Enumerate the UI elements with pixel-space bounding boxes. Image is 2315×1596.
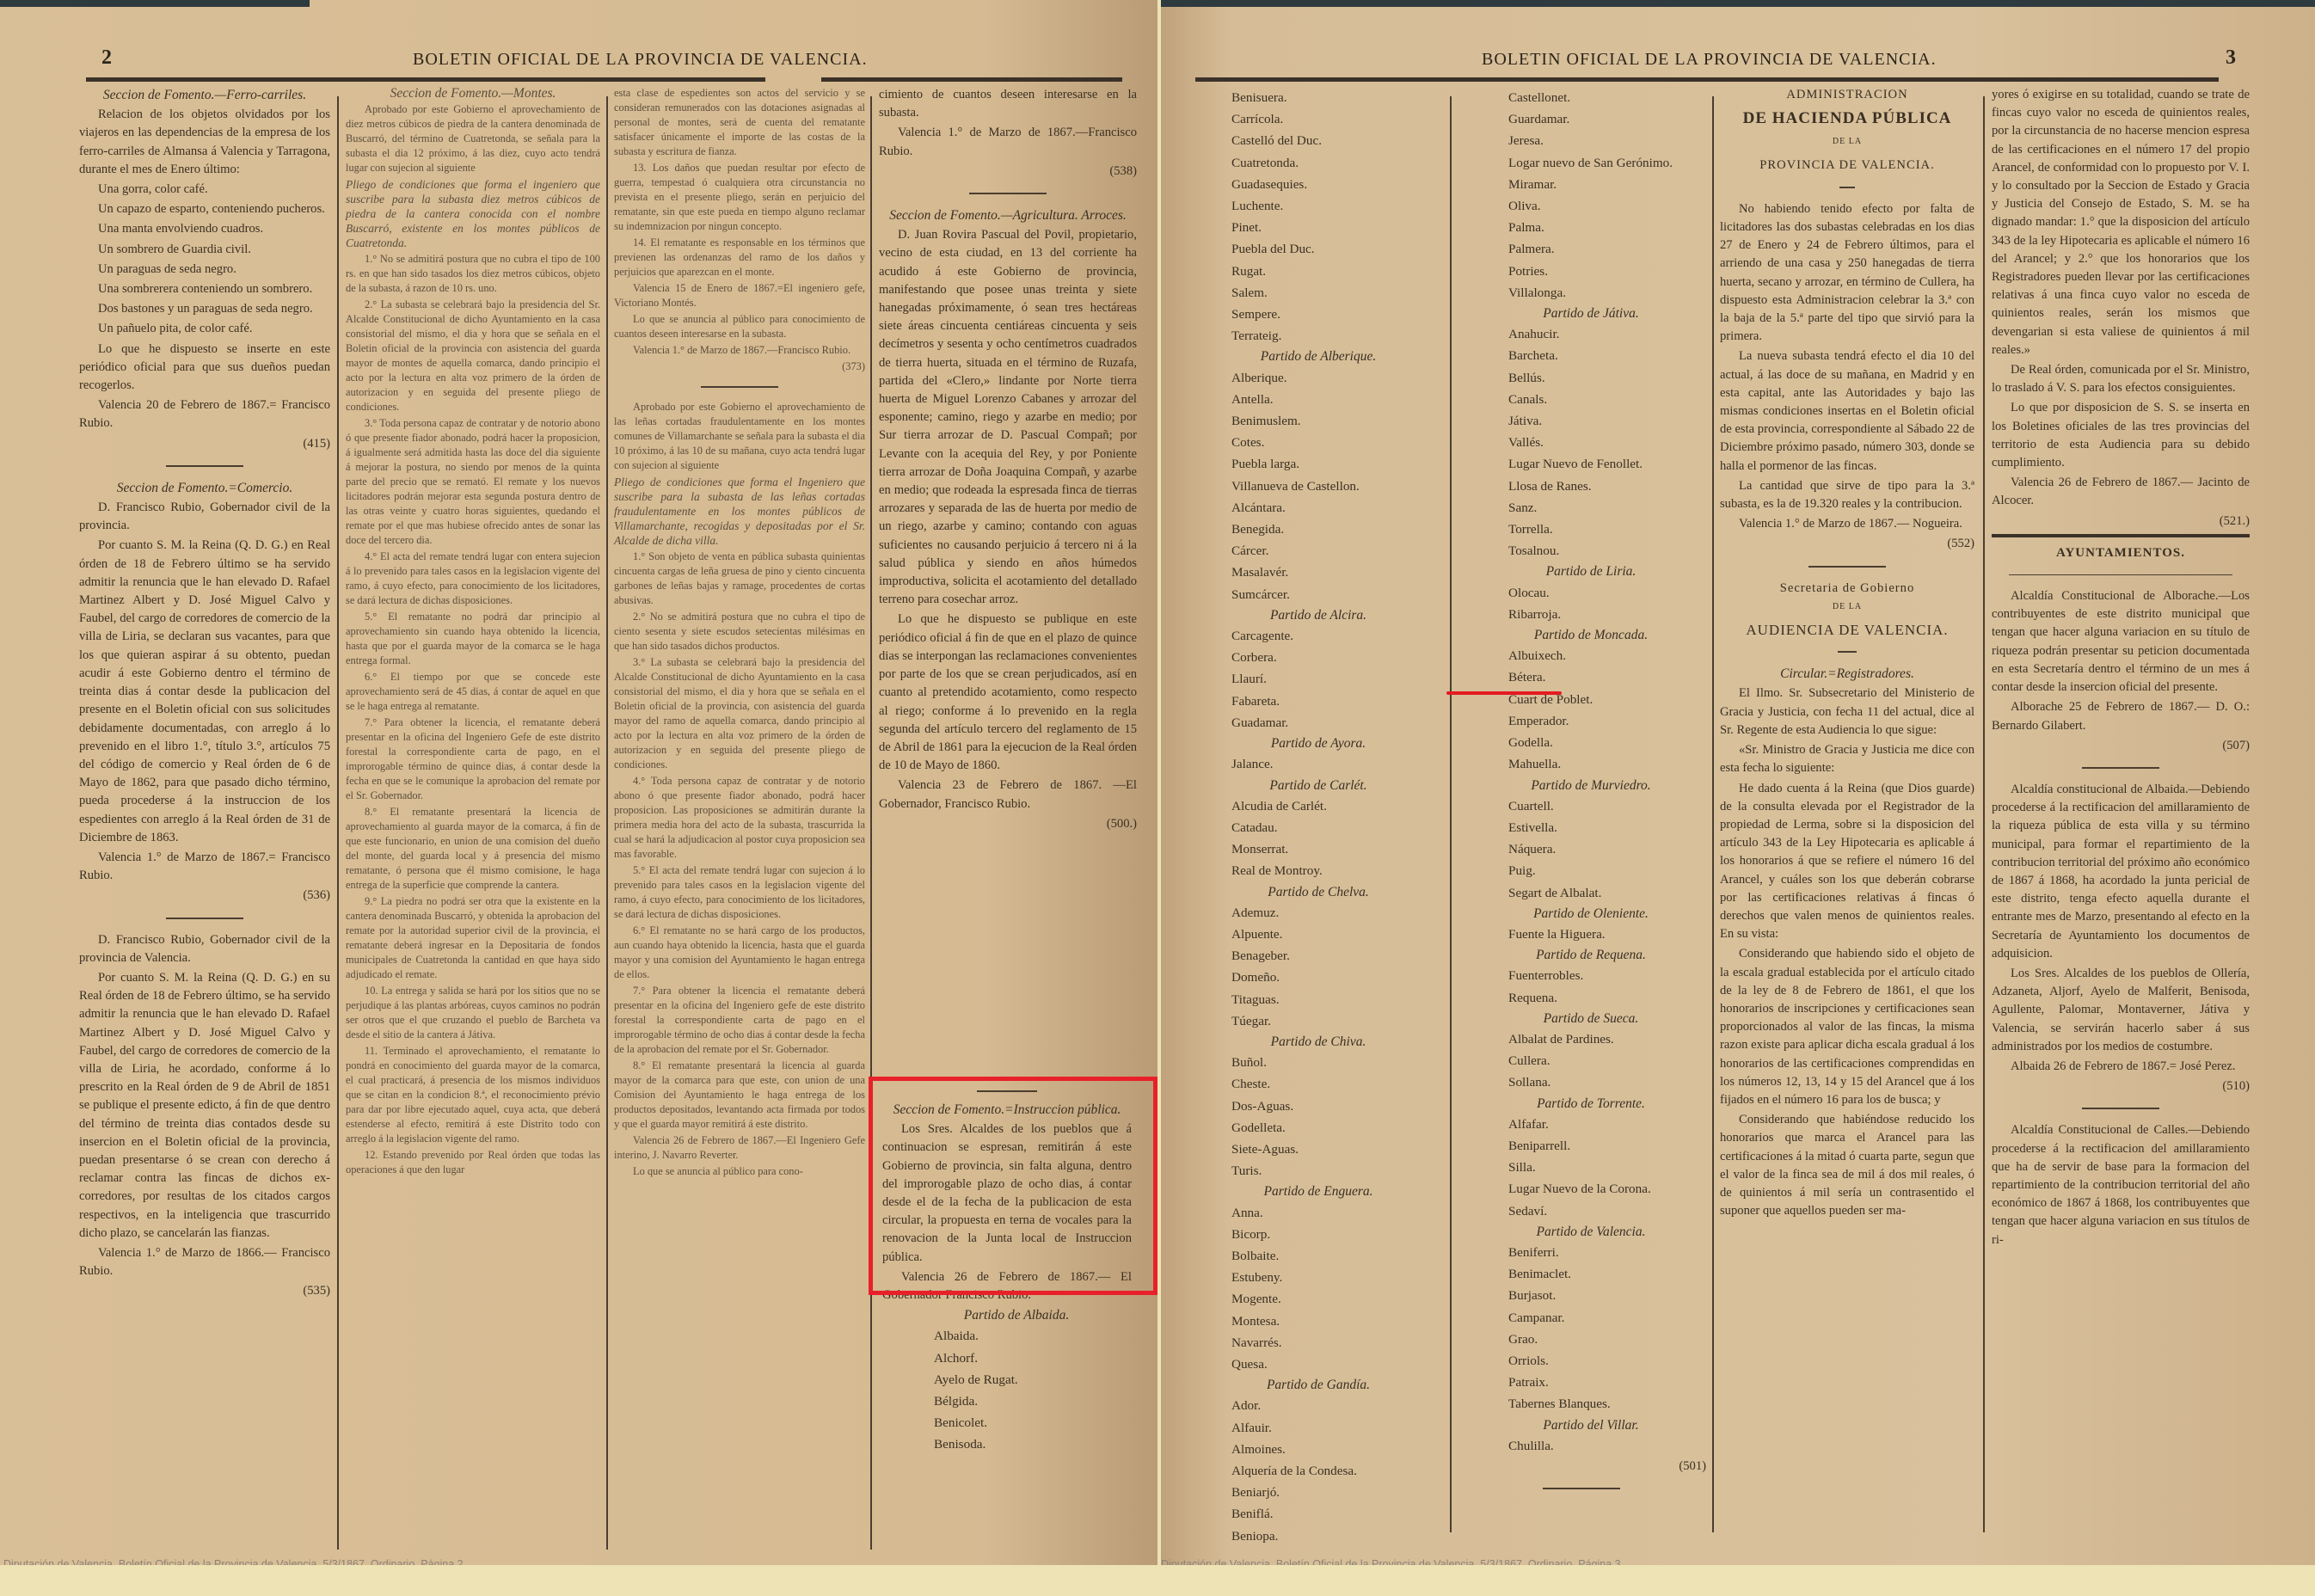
place-item: Fabareta. [1180,691,1438,711]
place-item: Salem. [1180,283,1438,303]
condition: 7.° Para obtener la licencia, el rematan… [346,715,600,803]
place-item: Alfauir. [1180,1418,1438,1438]
condition: 3.° La subasta se celebrará bajo la pres… [614,655,865,772]
section-title: Seccion de Fomento.—Ferro-carriles. [79,86,330,104]
place-item: Requena. [1457,988,1706,1008]
divider [166,918,243,919]
place-item: Masalavér. [1180,562,1438,582]
place-item: Silla. [1457,1157,1706,1177]
place-item: Palmera. [1457,239,1706,259]
paragraph: De Real órden, comunicada por el Sr. Min… [1992,361,2250,397]
column-divider [1712,96,1714,1532]
place-item: Mahuella. [1457,754,1706,774]
place-item: Oliva. [1457,196,1706,216]
place-item: Domeño. [1180,967,1438,987]
condition: 1.° Son objeto de venta en pública subas… [614,549,865,608]
column-1: Seccion de Fomento.—Ferro-carriles. Rela… [79,86,330,1303]
place-item: Bellús. [1457,368,1706,388]
signature: Valencia 20 de Febrero de 1867.= Francis… [79,396,330,433]
place-item: Cheste. [1180,1074,1438,1094]
reference-number: (536) [79,887,330,905]
partido-heading: Partido de Oleniente. [1457,905,1706,923]
partido-heading: Partido de Requena. [1457,946,1706,964]
column-2: Castellonet.Guardamar.Jeresa.Logar nuevo… [1457,88,1706,1501]
place-item: Catadau. [1180,818,1438,838]
place-item: Chulilla. [1457,1436,1706,1456]
section-title: Circular.=Registradores. [1720,665,1974,683]
place-item: Bicorp. [1180,1225,1438,1244]
red-underline-annotation [1446,691,1562,695]
section-header: DE HACIENDA PÚBLICA [1720,109,1974,127]
reference-number: (501) [1457,1458,1706,1476]
condition: 12. Estando prevenido por Real órden que… [346,1148,600,1177]
place-item: Beniferri. [1457,1243,1706,1262]
signature: Valencia 23 de Febrero de 1867. —El Gobe… [879,777,1137,813]
place-item: Terrateig. [1180,326,1438,346]
column-divider [1450,96,1452,1532]
place-item: Potries. [1457,261,1706,281]
partido-heading: Partido del Villar. [1457,1416,1706,1434]
place-item: Sempere. [1180,304,1438,324]
place-item: Estivella. [1457,818,1706,838]
partido-heading: Partido de Carlét. [1180,777,1438,795]
place-item: Villanueva de Castellon. [1180,476,1438,496]
place-item: Bétera. [1457,667,1706,687]
paragraph: Lo que se anuncia al público para cono- [614,1164,865,1179]
column-4: yores ó exigirse en su totalidad, cuando… [1992,86,2250,1251]
place-item: Grao. [1457,1329,1706,1349]
place-item: Lugar Nuevo de la Corona. [1457,1179,1706,1199]
partido-heading: Partido de Albaida. [882,1306,1132,1324]
paragraph: Alcaldía Constitucional de Calles.—Debie… [1992,1121,2250,1249]
place-item: Fuenterrobles. [1457,966,1706,985]
place-item: Cárcer. [1180,541,1438,561]
place-item: Canals. [1457,390,1706,409]
divider [1543,1488,1620,1489]
place-item: Benageber. [1180,946,1438,966]
place-item: Corbera. [1180,648,1438,667]
signature: Valencia 1.° de Marzo de 1866.— Francisc… [79,1244,330,1280]
partido-heading: Partido de Enguera. [1180,1182,1438,1200]
place-item: Villalonga. [1457,283,1706,303]
paragraph: D. Juan Rovira Pascual del Povil, propie… [879,226,1137,609]
column-divider [337,96,339,1550]
place-item: Játiva. [1457,411,1706,431]
place-item: Campanar. [1457,1308,1706,1328]
condition: 14. El rematante es responsable en los t… [614,236,865,279]
place-item: Alquería de la Condesa. [1180,1461,1438,1481]
place-item: Alberique. [1180,368,1438,388]
place-item: Cullera. [1457,1051,1706,1071]
section-header: Secretaria de Gobierno [1720,580,1974,598]
place-item: Jeresa. [1457,131,1706,150]
condition: 4.° Toda persona capaz de contratar y de… [614,774,865,862]
place-item: Llosa de Ranes. [1457,476,1706,496]
paragraph: «Sr. Ministro de Gracia y Justicia me di… [1720,741,1974,777]
place-item: Navarrés. [1180,1333,1438,1353]
place-item: Real de Montroy. [1180,861,1438,881]
section-header: AUDIENCIA DE VALENCIA. [1720,621,1974,639]
signature: Valencia 15 de Enero de 1867.=El ingenie… [614,281,865,310]
signature: Valencia 26 de Febrero de 1867.—El Ingen… [614,1133,865,1163]
place-item: Patraix. [1457,1372,1706,1392]
place-item: Emperador. [1457,711,1706,731]
place-item: Sedaví. [1457,1201,1706,1221]
newspaper-spread: 2 BOLETIN OFICIAL DE LA PROVINCIA DE VAL… [0,0,2315,1565]
place-item: Estubeny. [1180,1268,1438,1287]
page-number: 2 [101,46,112,70]
signature: Valencia 1.° de Marzo de 1867.= Francisc… [79,849,330,885]
partido-heading: Partido de Liria. [1457,562,1706,580]
place-item: Alfafar. [1457,1114,1706,1134]
page-footer: Diputación de Valencia. Boletín Oficial … [3,1558,464,1565]
place-item: Siete-Aguas. [1180,1139,1438,1159]
place-item: Miramar. [1457,175,1706,194]
place-item: Beniflá. [1180,1504,1438,1524]
place-item: Ribarroja. [1457,605,1706,624]
place-item: Pinet. [1180,218,1438,237]
place-item: Tosalnou. [1457,541,1706,561]
condition: 5.° El rematante no podrá dar principio … [346,610,600,668]
paragraph: Por cuanto S. M. la Reina (Q. D. G.) en … [79,537,330,846]
condition: 7.° Para obtener la licencia el rematant… [614,984,865,1057]
condition: 10. La entrega y salida se hará por los … [346,984,600,1042]
header-rule [821,77,1122,82]
place-item: Llaurí. [1180,669,1438,689]
list-item: Un sombrero de Guardia civil. [79,241,330,259]
condition: 5.° El acta del remate tendrá lugar con … [614,863,865,922]
paragraph: La nueva subasta tendrá efecto el dia 10… [1720,347,1974,475]
paragraph: Considerando que habiéndose reducido los… [1720,1111,1974,1220]
place-item: Titaguas. [1180,990,1438,1010]
place-item: Alchorf. [882,1348,1132,1368]
place-item: Guadasequies. [1180,175,1438,194]
place-list: Castellonet.Guardamar.Jeresa.Logar nuevo… [1457,88,1706,1456]
place-item: Albuixech. [1457,646,1706,666]
pliego-heading: Pliego de condiciones que forma el Ingen… [614,475,865,548]
place-item: Benegida. [1180,519,1438,539]
section-header: DE LA [1720,132,1974,150]
place-item: Beniopa. [1180,1526,1438,1546]
signature: Valencia 1.° de Marzo de 1867.—Francisco… [614,343,865,358]
place-item: Tabernes Blanques. [1457,1394,1706,1414]
place-item: Segart de Albalat. [1457,883,1706,903]
place-item: Beniparrell. [1457,1136,1706,1156]
place-item: Castellonet. [1457,88,1706,107]
paragraph: Lo que he dispuesto se inserte en este p… [79,341,330,396]
partido-heading: Partido de Sueca. [1457,1010,1706,1028]
section-rule [1992,534,2250,537]
place-item: Carcagente. [1180,626,1438,646]
scan-edge [1161,0,2315,7]
place-item: Olocau. [1457,583,1706,603]
divider [969,193,1047,194]
place-item: Turis. [1180,1161,1438,1181]
signature: Valencia 26 de Febrero de 1867.— Jacinto… [1992,474,2250,510]
reference-number: (535) [79,1282,330,1300]
partido-heading: Partido de Chiva. [1180,1033,1438,1051]
divider [2082,767,2159,769]
place-item: Quesa. [1180,1354,1438,1374]
viewer-background [0,1565,2315,1596]
place-item: Alcudia de Carlét. [1180,796,1438,816]
place-item: Bélgida. [882,1391,1132,1411]
place-item: Godelleta. [1180,1118,1438,1138]
place-item: Antella. [1180,390,1438,409]
pliego-heading: Pliego de condiciones que forma el ingen… [346,177,600,250]
reference-number: (415) [79,435,330,453]
paragraph: Los Sres. Alcaldes de los pueblos de Oll… [1992,965,2250,1056]
divider [1838,651,1857,653]
column-4: cimiento de cuantos deseen interesarse e… [879,86,1137,835]
place-item: Beniarjó. [1180,1482,1438,1502]
place-item: Anahucir. [1457,324,1706,344]
column-2: Seccion de Fomento.—Montes. Aprobado por… [346,86,600,1179]
paragraph: No habiendo tenido efecto por falta de l… [1720,200,1974,347]
place-item: Buñol. [1180,1053,1438,1072]
place-item: Palma. [1457,218,1706,237]
running-head: BOLETIN OFICIAL DE LA PROVINCIA DE VALEN… [413,50,868,70]
condition: 13. Los daños que puedan resultar por ef… [614,161,865,234]
header-rule [1195,77,2219,82]
place-item: Puebla del Duc. [1180,239,1438,259]
column-divider [606,96,608,1550]
column-divider [870,96,872,1550]
place-item: Luchente. [1180,196,1438,216]
signature: Valencia 1.° de Marzo de 1867.— Nogueira… [1720,515,1974,533]
condition: 4.° El acta del remate tendrá lugar con … [346,549,600,608]
partido-heading: Partido de Moncada. [1457,626,1706,644]
page-3: BOLETIN OFICIAL DE LA PROVINCIA DE VALEN… [1161,0,2315,1565]
paragraph: D. Francisco Rubio, Gobernador civil de … [79,931,330,967]
place-item: Almoines. [1180,1439,1438,1459]
paragraph: Aprobado por este Gobierno el aprovecham… [614,400,865,473]
partido-heading: Partido de Valencia. [1457,1223,1706,1241]
header-rule [86,77,765,82]
signature: Alborache 25 de Febrero de 1867.— D. O.:… [1992,698,2250,734]
paragraph: yores ó exigirse en su totalidad, cuando… [1992,86,2250,359]
place-item: Vallés. [1457,433,1706,452]
red-highlight-box [869,1077,1157,1295]
condition: 3.° Toda persona capaz de contratar y de… [346,416,600,548]
partido-heading: Partido de Torrente. [1457,1095,1706,1113]
place-item: Ayelo de Rugat. [882,1370,1132,1390]
paragraph: cimiento de cuantos deseen interesarse e… [879,86,1137,122]
paragraph: D. Francisco Rubio, Gobernador civil de … [79,499,330,535]
signature: Albaida 26 de Febrero de 1867.= José Per… [1992,1058,2250,1076]
list-item: Una manta envolviendo cuadros. [79,220,330,238]
reference-number: (552) [1720,535,1974,553]
condition: 6.° El tiempo por que se concede este ap… [346,670,600,714]
partido-heading: Partido de Murviedro. [1457,777,1706,795]
place-item: Anna. [1180,1203,1438,1223]
place-item: Orriols. [1457,1351,1706,1371]
reference-number: (373) [614,359,865,374]
divider [1839,187,1855,188]
place-item: Torrella. [1457,519,1706,539]
place-item: Alpuente. [1180,924,1438,944]
place-item: Benimaclet. [1457,1264,1706,1284]
page-2: 2 BOLETIN OFICIAL DE LA PROVINCIA DE VAL… [0,0,1157,1565]
place-item: Barcheta. [1457,346,1706,365]
condition: 2.° No se admitirá postura que no cubra … [614,610,865,654]
place-item: Mogente. [1180,1289,1438,1309]
section-header: ADMINISTRACION [1720,86,1974,104]
running-head: BOLETIN OFICIAL DE LA PROVINCIA DE VALEN… [1482,50,1937,70]
list-item: Una sombrerera conteniendo un sombrero. [79,280,330,298]
reference-number: (500.) [879,815,1137,833]
list-item: Un paraguas de seda negro. [79,261,330,279]
reference-number: (521.) [1992,513,2250,531]
column-3: ADMINISTRACION DE HACIENDA PÚBLICA DE LA… [1720,86,1974,1222]
place-item: Castelló del Duc. [1180,131,1438,150]
section-title: Seccion de Fomento.—Montes. [346,86,600,101]
condition: 9.° La piedra no podrá ser otra que la e… [346,894,600,982]
section-title: Seccion de Fomento.=Comercio. [79,479,330,497]
section-title: Seccion de Fomento.—Agricultura. Arroces… [879,206,1137,224]
list-item: Un pañuelo pita, de color café. [79,320,330,338]
place-item: Sanz. [1457,498,1706,518]
place-item: Alcántara. [1180,498,1438,518]
place-item: Ador. [1180,1396,1438,1415]
partido-heading: Partido de Ayora. [1180,734,1438,752]
place-item: Lugar Nuevo de Fenollet. [1457,454,1706,474]
place-item: Burjasot. [1457,1286,1706,1305]
place-item: Sumcárcer. [1180,585,1438,605]
place-item: Montesa. [1180,1311,1438,1331]
condition: 6.° El rematante no se hará cargo de los… [614,924,865,982]
place-item: Benimuslem. [1180,411,1438,431]
page-footer: Diputación de Valencia. Boletín Oficial … [1161,1558,1621,1565]
condition: 11. Terminado el aprovechamiento, el rem… [346,1044,600,1146]
place-item: Cotes. [1180,433,1438,452]
paragraph: Alcaldía constitucional de Albaida.—Debi… [1992,781,2250,963]
paragraph: Lo que he dispuesto se publique en este … [879,611,1137,775]
place-item: Benisoda. [882,1434,1132,1454]
place-item: Godella. [1457,733,1706,752]
section-header: PROVINCIA DE VALENCIA. [1720,157,1974,175]
paragraph: Por cuanto S. M. la Reina (Q. D. G.) en … [79,969,330,1243]
place-item: Albaida. [882,1326,1132,1346]
divider [2009,574,2232,575]
place-item: Albalat de Pardines. [1457,1029,1706,1049]
column-divider [1983,96,1985,1532]
divider [1808,566,1886,568]
place-item: Cuatretonda. [1180,153,1438,173]
condition: 8.° El rematante presentará la licencia … [346,805,600,893]
place-item: Guardamar. [1457,109,1706,129]
place-item: Rugat. [1180,261,1438,281]
paragraph: esta clase de espedientes son actos del … [614,86,865,159]
paragraph: La cantidad que sirve de tipo para la 3.… [1720,477,1974,513]
condition: 1.° No se admitirá postura que no cubra … [346,252,600,296]
place-item: Puebla larga. [1180,454,1438,474]
place-item: Dos-Aguas. [1180,1096,1438,1116]
section-header: AYUNTAMIENTOS. [1992,544,2250,562]
place-item: Fuente la Higuera. [1457,924,1706,944]
divider [166,465,243,467]
place-item: Sollana. [1457,1072,1706,1092]
place-item: Bolbaite. [1180,1246,1438,1266]
place-item: Jalance. [1180,754,1438,774]
condition: 8.° El rematante presentará la licencia … [614,1059,865,1132]
place-item: Cuartell. [1457,796,1706,816]
partido-heading: Partido de Játiva. [1457,304,1706,322]
partido-heading: Partido de Gandía. [1180,1376,1438,1394]
place-item: Benicolet. [882,1413,1132,1433]
paragraph: Aprobado por este Gobierno el aprovecham… [346,102,600,175]
list-item: Dos bastones y un paraguas de seda negro… [79,300,330,318]
place-item: Náquera. [1457,839,1706,859]
place-item: Carrícola. [1180,109,1438,129]
paragraph: Lo que se anuncia al público para conoci… [614,312,865,341]
place-item: Puig. [1457,861,1706,881]
reference-number: (538) [879,163,1137,181]
reference-number: (507) [1992,737,2250,755]
page-number: 3 [2226,46,2236,70]
partido-heading: Partido de Alcira. [1180,606,1438,624]
paragraph: Considerando que habiendo sido el objeto… [1720,945,1974,1109]
paragraph: Lo que por disposicion de S. S. se inser… [1992,399,2250,472]
section-header: DE LA [1720,598,1974,616]
paragraph: He dado cuenta á la Reina (que Dios guar… [1720,780,1974,944]
place-list: Benisuera.Carrícola.Castelló del Duc.Cua… [1180,88,1438,1546]
column-1: Benisuera.Carrícola.Castelló del Duc.Cua… [1180,88,1438,1548]
place-item: Túegar. [1180,1011,1438,1031]
scan-edge [0,0,310,7]
place-item: Monserrat. [1180,839,1438,859]
reference-number: (510) [1992,1077,2250,1096]
paragraph: El Ilmo. Sr. Subsecretario del Ministeri… [1720,684,1974,740]
partido-heading: Partido de Alberique. [1180,347,1438,365]
paragraph: Relacion de los objetos olvidados por lo… [79,106,330,179]
divider [2082,1108,2159,1109]
place-item: Logar nuevo de San Gerónimo. [1457,153,1706,173]
place-item: Ademuz. [1180,903,1438,923]
signature: Valencia 1.° de Marzo de 1867.—Francisco… [879,124,1137,160]
place-item: Benisuera. [1180,88,1438,107]
paragraph: Alcaldía Constitucional de Alborache.—Lo… [1992,587,2250,697]
divider [701,386,778,388]
column-3: esta clase de espedientes son actos del … [614,86,865,1181]
list-item: Un capazo de esparto, conteniendo pucher… [79,200,330,218]
partido-heading: Partido de Chelva. [1180,883,1438,901]
place-item: Guadamar. [1180,713,1438,733]
condition: 2.° La subasta se celebrará bajo la pres… [346,298,600,414]
list-item: Una gorra, color café. [79,181,330,199]
